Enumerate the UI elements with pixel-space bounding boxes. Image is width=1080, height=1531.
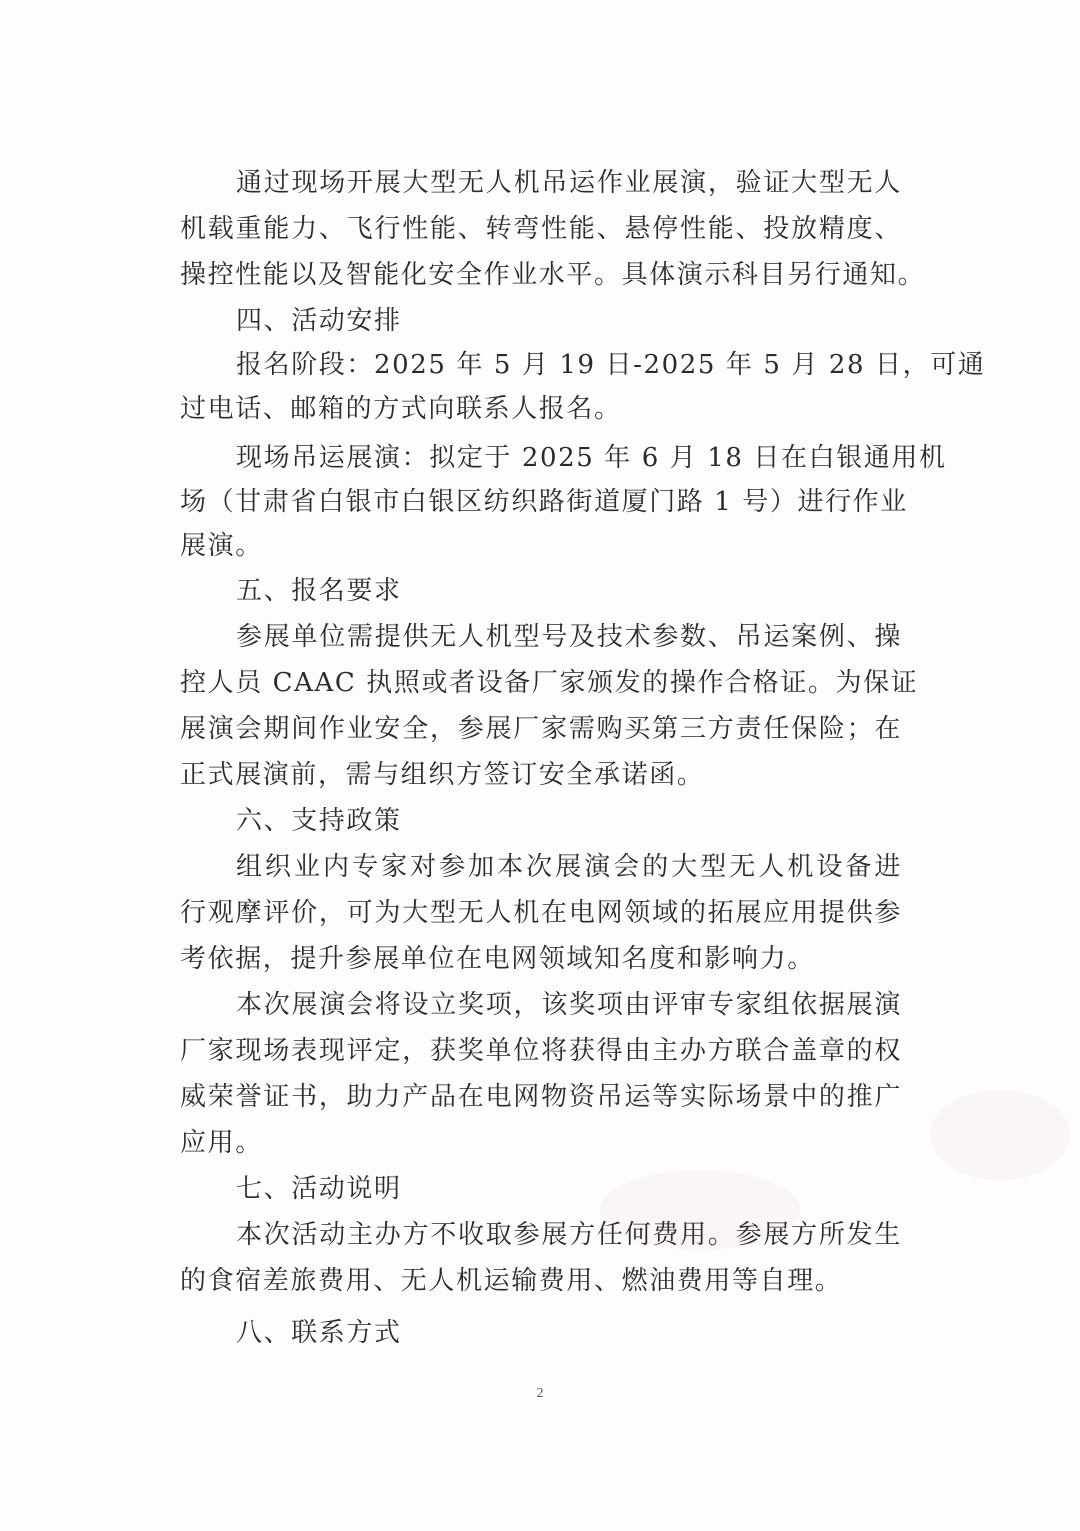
paragraph-line: 展演。 xyxy=(180,523,902,569)
paragraph-line: 操控性能以及智能化安全作业水平。具体演示科目另行通知。 xyxy=(180,252,902,298)
paragraph-line: 过电话、邮箱的方式向联系人报名。 xyxy=(180,386,902,432)
section-heading-support-policy: 六、支持政策 xyxy=(236,798,902,844)
paragraph-line: 现场吊运展演：拟定于 2025 年 6 月 18 日在白银通用机 xyxy=(236,435,902,481)
paragraph-line: 的食宿差旅费用、无人机运输费用、燃油费用等自理。 xyxy=(180,1258,902,1304)
paragraph-line: 报名阶段：2025 年 5 月 19 日-2025 年 5 月 28 日，可通 xyxy=(236,342,902,388)
paragraph-line: 威荣誉证书，助力产品在电网物资吊运等实际场景中的推广 xyxy=(180,1074,902,1120)
section-heading-contact-info: 八、联系方式 xyxy=(236,1310,902,1356)
page-number: 2 xyxy=(0,1386,1080,1402)
paragraph-line: 控人员 CAAC 执照或者设备厂家颁发的操作合格证。为保证 xyxy=(180,660,902,706)
document-page: 通过现场开展大型无人机吊运作业展演，验证大型无人 机载重能力、飞行性能、转弯性能… xyxy=(0,0,1080,1531)
paragraph-line: 考依据，提升参展单位在电网领域知名度和影响力。 xyxy=(180,936,902,982)
paragraph-line: 厂家现场表现评定，获奖单位将获得由主办方联合盖章的权 xyxy=(180,1028,902,1074)
section-heading-activity-notes: 七、活动说明 xyxy=(236,1166,902,1212)
paragraph-line: 行观摩评价，可为大型无人机在电网领域的拓展应用提供参 xyxy=(180,890,902,936)
paragraph-line: 场（甘肃省白银市白银区纺织路街道厦门路 1 号）进行作业 xyxy=(180,479,902,525)
scan-stain xyxy=(930,1090,1070,1180)
section-heading-registration-requirements: 五、报名要求 xyxy=(236,568,902,614)
paragraph-line: 应用。 xyxy=(180,1120,902,1166)
paragraph-line: 本次展演会将设立奖项，该奖项由评审专家组依据展演 xyxy=(236,982,902,1028)
paragraph-line: 机载重能力、飞行性能、转弯性能、悬停性能、投放精度、 xyxy=(180,206,902,252)
paragraph-line: 展演会期间作业安全，参展厂家需购买第三方责任保险；在 xyxy=(180,706,902,752)
paragraph-line: 组织业内专家对参加本次展演会的大型无人机设备进 xyxy=(236,844,902,890)
section-heading-activity-schedule: 四、活动安排 xyxy=(236,298,902,344)
paragraph-line: 参展单位需提供无人机型号及技术参数、吊运案例、操 xyxy=(236,614,902,660)
paragraph-line: 正式展演前，需与组织方签订安全承诺函。 xyxy=(180,752,902,798)
paragraph-line: 本次活动主办方不收取参展方任何费用。参展方所发生 xyxy=(236,1212,902,1258)
paragraph-line: 通过现场开展大型无人机吊运作业展演，验证大型无人 xyxy=(236,160,902,206)
